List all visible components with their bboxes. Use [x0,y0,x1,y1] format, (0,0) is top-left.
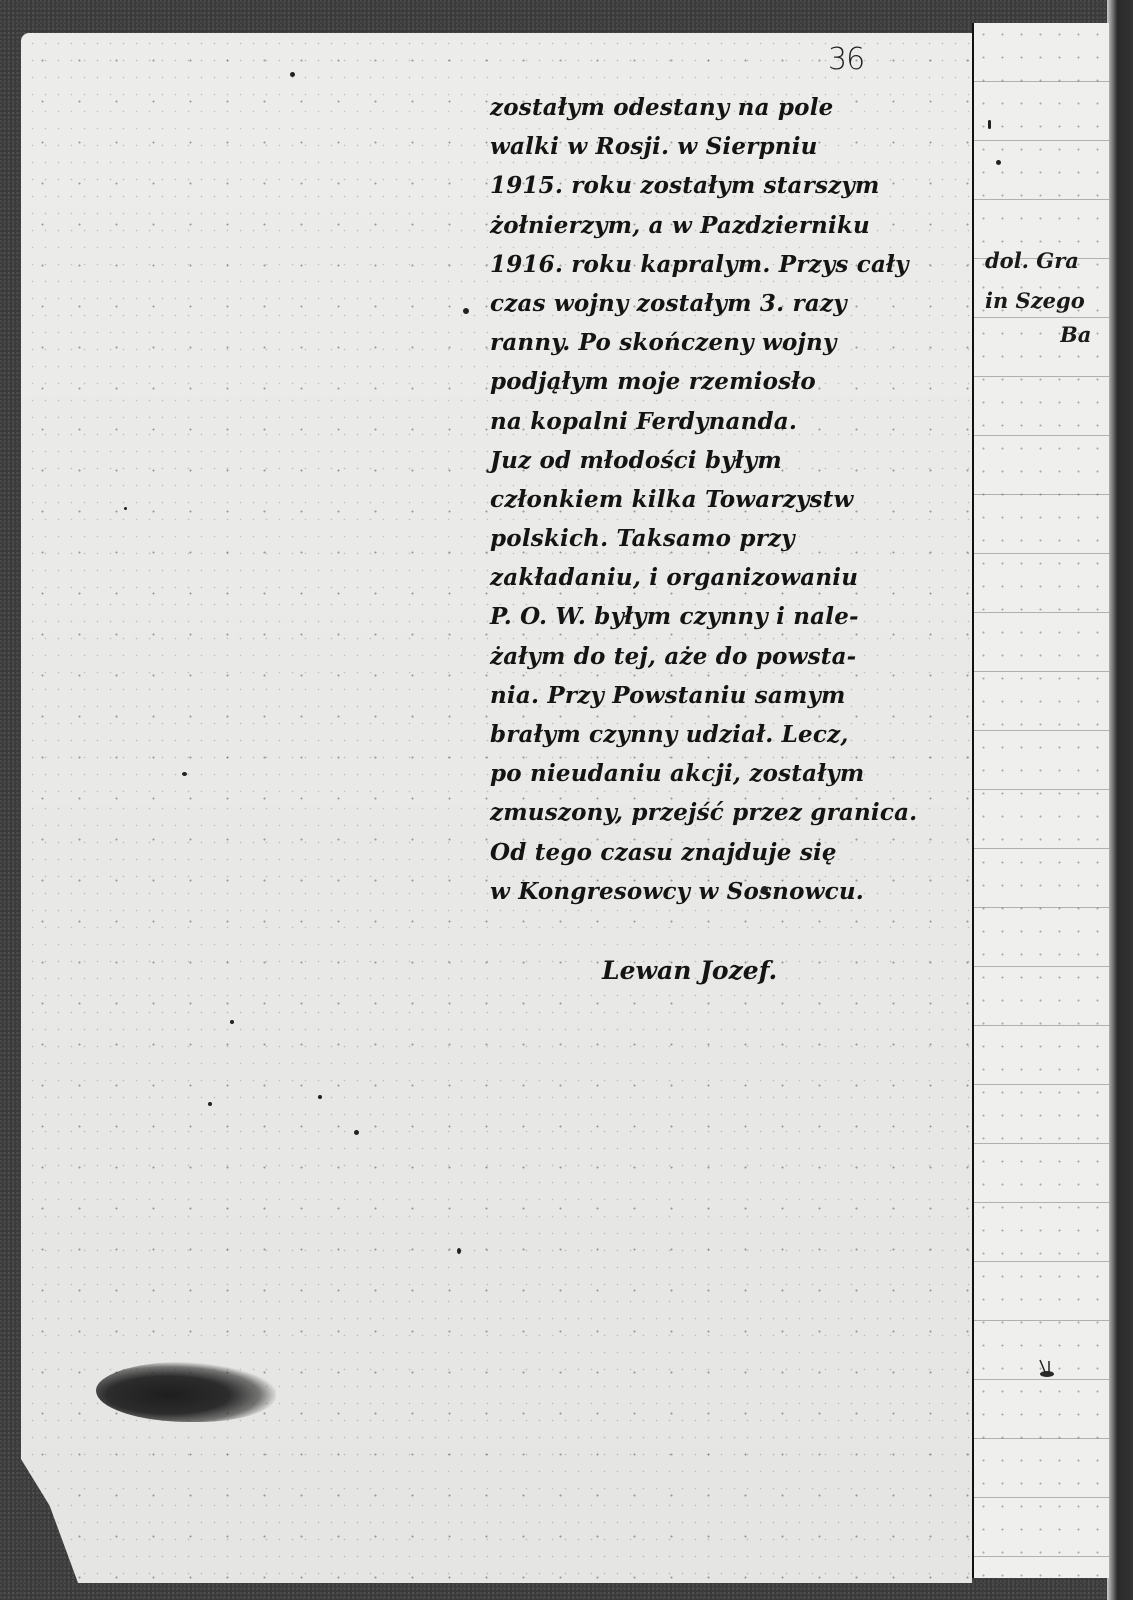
text-line: ranny. Po skończeny wojny [490,323,970,362]
text-line: 1915. roku zostałym starszym [490,166,970,205]
text-line: członkiem kilka Towarzystw [490,480,970,519]
paper-speck [988,120,991,129]
paper-speck [761,886,768,893]
paper-speck [208,1102,212,1106]
text-line: nia. Przy Powstaniu samym [490,676,970,715]
margin-fragment: dol. Gra [985,248,1107,273]
text-line: w Kongresowcy w Sosnowcu. [490,872,970,911]
paper-speck [290,72,295,77]
paper-speck [318,1095,322,1099]
paper-speck [230,1020,234,1024]
paper-speck [354,1130,359,1135]
text-line: zostałym odestany na pole [490,88,970,127]
text-line: zakładaniu, i organizowaniu [490,558,970,597]
scan-background-edge [1107,0,1133,1600]
handwritten-body: zostałym odestany na pole walki w Rosji.… [490,88,970,911]
paper-speck [457,1248,461,1254]
page-fold-line [972,23,974,1578]
text-line: Od tego czasu znajduje się [490,833,970,872]
text-line: na kopalni Ferdynanda. [490,402,970,441]
text-line: podjąłym moje rzemiosło [490,362,970,401]
signature: Lewan Jozef. [602,956,777,985]
paper-speck [996,160,1001,165]
paper-speck [182,772,187,776]
margin-fragment: in Szego [985,288,1107,313]
paper-speck [463,308,469,314]
text-line: czas wojny zostałym 3. razy [490,284,970,323]
insect-speck-icon [1030,1358,1060,1380]
text-line: polskich. Taksamo przy [490,519,970,558]
text-line: żołnierzym, a w Pazdzierniku [490,206,970,245]
text-line: zmuszony, przejść przez granica. [490,793,970,832]
text-line: brałym czynny udział. Lecz, [490,715,970,754]
text-line: Juz od młodości byłym [490,441,970,480]
margin-fragment: Ba [1060,322,1107,347]
paper-speck [124,507,127,510]
text-line: walki w Rosji. w Sierpniu [490,127,970,166]
text-line: po nieudaniu akcji, zostałym [490,754,970,793]
text-line: 1916. roku kapralym. Przys cały [490,245,970,284]
page-number: 36 [828,42,864,77]
text-line: P. O. W. byłym czynny i nale- [490,597,970,636]
text-line: żałym do tej, aże do powsta- [490,637,970,676]
